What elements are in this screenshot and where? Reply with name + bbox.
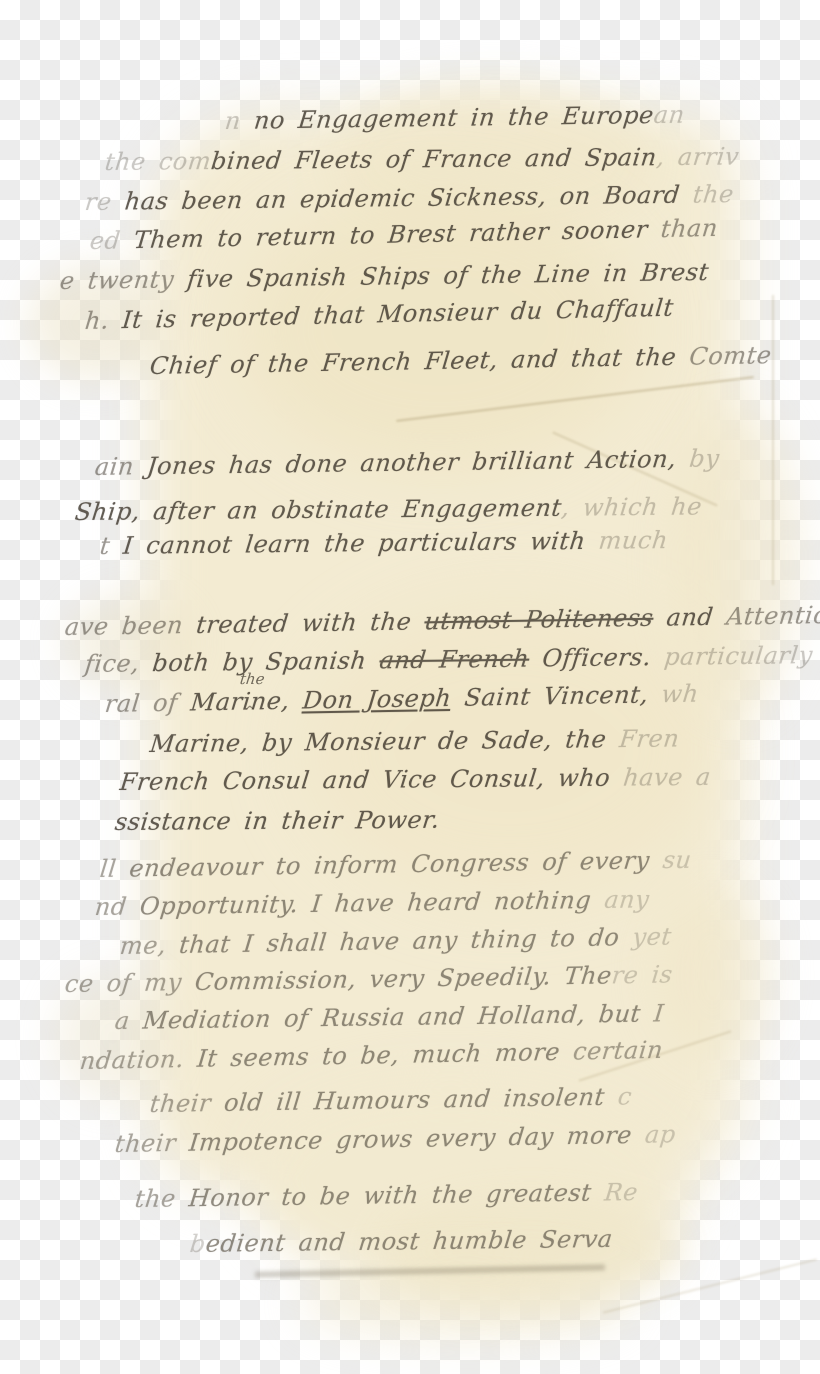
letter-text-segment: , arriv — [655, 142, 741, 171]
letter-line: ral of Marine, Don Joseph Saint Vincent,… — [104, 680, 701, 718]
letter-line: French Consul and Vice Consul, who have … — [118, 763, 712, 796]
letter-text-segment: It seems to be, much more — [196, 1038, 575, 1073]
letter-text-segment: no Engagement in the Europe — [253, 101, 656, 135]
letter-line: t I cannot learn the particulars with mu… — [98, 526, 669, 560]
letter-text-segment: Marine, by Monsieur de Sade, the — [148, 725, 621, 758]
letter-line: nd Opportunity. I have heard nothing any — [93, 885, 650, 921]
letter-line: a Mediation of Russia and Holland, but I — [113, 999, 665, 1035]
letter-text-segment: re — [83, 188, 126, 216]
letter-text-segment: Chief of the French Fleet, and that the — [149, 343, 691, 380]
letter-line: ll endeavour to inform Congress of every… — [99, 846, 694, 883]
letter-text-segment: Attention — [725, 601, 820, 631]
letter-text-segment: treated with the — [195, 607, 426, 639]
letter-text-segment: Honor to be with the greatest — [188, 1178, 607, 1212]
letter-line: ave been treated with the utmost Politen… — [64, 601, 820, 641]
letter-text-segment: Impotence grows every day more — [188, 1121, 647, 1157]
letter-text-segment: endeavour to inform Congress of every — [128, 846, 664, 882]
letter-text-segment: their — [149, 1089, 226, 1118]
letter-text-segment: ed — [89, 226, 136, 255]
letter-text-segment: re is — [610, 960, 674, 989]
letter-text-segment: ll — [99, 855, 132, 883]
letter-line: ndation. It seems to be, much more certa… — [79, 1036, 665, 1075]
letter-text-segment: fice, — [83, 649, 154, 678]
letter-text-segment: ssistance in their Power. — [113, 806, 441, 836]
letter-text-segment: five Spanish Ships of the Line in Brest — [173, 258, 711, 293]
letter-text-segment: Comte — [688, 341, 773, 370]
letter-line: ce of my Commission, very Speedily. Ther… — [64, 960, 675, 998]
letter-line: ain Jones has done another brilliant Act… — [93, 444, 721, 481]
letter-line: the Honor to be with the greatest Re — [133, 1178, 639, 1213]
letter-text-segment: Don Joseph — [301, 684, 452, 715]
letter-line: their Impotence grows every day more ap — [114, 1120, 678, 1158]
letter-text-segment: and — [652, 603, 728, 632]
insertion-caret-mark: ^ — [244, 704, 256, 720]
letter-text-segment: Ship, after an obstinate Engagement — [73, 494, 563, 526]
letter-text-segment: ndation. — [79, 1045, 199, 1075]
letter-line: their old ill Humours and insolent c — [149, 1082, 634, 1118]
letter-text-segment: n — [223, 107, 255, 135]
letter-line: fice, both by Spanish and French Officer… — [83, 641, 814, 678]
letter-text-segment: e twenty — [58, 265, 175, 295]
letter-text-segment: Jones has done another brilliant Action, — [146, 445, 691, 481]
letter-line: h. It is reported that Monsieur du Chaff… — [84, 294, 676, 335]
letter-text-segment: I cannot learn the particulars with — [122, 527, 601, 560]
letter-text-segment: French Consul and Vice Consul, who — [118, 764, 625, 796]
letter-line: ssistance in their Power. — [113, 806, 441, 836]
letter-text-segment: utmost Politeness — [423, 604, 655, 636]
letter-text-segment: their — [114, 1129, 191, 1158]
letter-line: n no Engagement in the European — [223, 101, 686, 135]
letter-text-segment: ave been — [64, 611, 198, 641]
interline-insertion-text: the — [239, 670, 266, 688]
letter-text-segment: ap — [644, 1120, 678, 1149]
letter-text-segment: Opportunity. I have heard nothing — [139, 886, 606, 920]
letter-text-segment: an — [652, 101, 686, 129]
letter-text-segment: It is reported that Monsieur du Chaffaul… — [121, 294, 675, 334]
letter-line: bedient and most humble Serva — [188, 1225, 614, 1258]
letter-line: Marine, by Monsieur de Sade, the Fren — [148, 724, 681, 758]
letter-text-segment: any — [603, 885, 651, 914]
letter-text-segment: h. — [84, 306, 124, 335]
letter-text-segment: old ill Humours and insolent — [223, 1083, 620, 1117]
letter-text-segment: ain — [93, 452, 148, 481]
letter-text-segment: , which he — [560, 493, 703, 522]
letter-text-segment: I — [652, 999, 665, 1027]
letter-text-segment: than — [660, 214, 720, 243]
letter-text-segment: wh — [647, 680, 700, 709]
letter-text-segment: much — [597, 526, 669, 555]
letter-scan-canvas: n no Engagement in the Europeanthe combi… — [0, 0, 820, 1374]
letter-text-segment: ral of — [104, 689, 193, 718]
letter-line: Ship, after an obstinate Engagement, whi… — [73, 493, 703, 526]
letter-text-segment: has been an epidemic Sickness, on Board — [123, 181, 694, 216]
letter-text-segment: nd — [93, 892, 141, 921]
letter-text-segment: Re — [603, 1178, 639, 1206]
letter-text-segment: su — [661, 846, 693, 874]
letter-text-segment: ce of my — [64, 968, 197, 998]
letter-line: the combined Fleets of France and Spain,… — [103, 142, 740, 176]
letter-text-segment: both by Spanish — [151, 646, 381, 677]
letter-text-segment: by — [688, 444, 721, 472]
letter-text-segment: edient and most humble Serva — [204, 1225, 614, 1258]
letter-text-segment: certain — [572, 1036, 665, 1066]
letter-text-segment: the — [133, 1184, 190, 1213]
letter-text-segment: Commission, very Speedily. The — [193, 961, 613, 996]
letter-text-segment: Officers. — [528, 643, 666, 673]
letter-body: n no Engagement in the Europeanthe combi… — [0, 0, 820, 1374]
letter-text-segment: have a — [622, 763, 713, 792]
letter-text-segment: me, — [119, 931, 181, 960]
letter-text-segment: Them to return to Brest rather sooner — [132, 215, 662, 254]
letter-line: re has been an epidemic Sickness, on Boa… — [83, 180, 735, 216]
letter-text-segment: particularly — [663, 641, 814, 671]
letter-text-segment: c — [616, 1082, 633, 1110]
letter-text-segment: and French — [378, 645, 531, 675]
letter-text-segment: the — [691, 180, 735, 208]
letter-text-segment: Mediation of Russia and Holland, but — [141, 999, 655, 1034]
letter-text-segment: the com — [103, 147, 212, 176]
letter-line: me, that I shall have any thing to do ye… — [119, 922, 674, 960]
letter-text-segment: Fren — [618, 724, 681, 753]
letter-text-segment: Saint Vincent, — [450, 681, 650, 712]
letter-text-segment: that I shall have any thing to do — [178, 923, 634, 959]
letter-line: e twenty five Spanish Ships of the Line … — [58, 258, 710, 295]
letter-line: Chief of the French Fleet, and that the … — [149, 341, 774, 380]
letter-text-segment: bined Fleets of France and Spain — [210, 143, 659, 175]
letter-text-segment: yet — [631, 922, 673, 951]
letter-text-segment: a — [113, 1007, 144, 1035]
letter-line: ed Them to return to Brest rather sooner… — [89, 214, 720, 255]
